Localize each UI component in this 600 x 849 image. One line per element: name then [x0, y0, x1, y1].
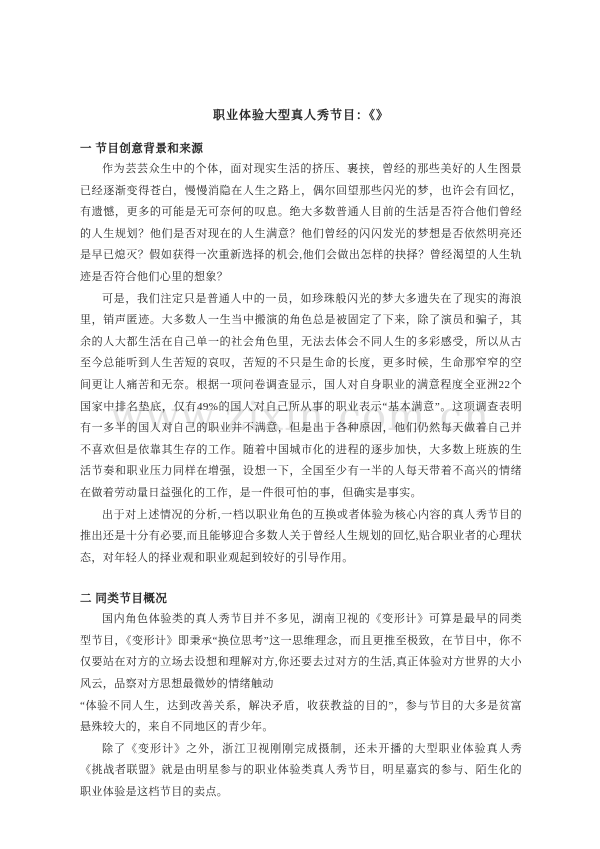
- document-page: www.zixin.com.cn 职业体验大型真人秀节目：《》 一 节目创意背景…: [0, 0, 600, 849]
- section-1-paragraph-3: 出于对上述情况的分析,一档以职业角色的互换或者体验为核心内容的真人秀节目的推出还…: [80, 505, 522, 570]
- document-title: 职业体验大型真人秀节目：《》: [80, 106, 522, 123]
- section-2-paragraph-2: “体验不同人生，达到改善关系，解决矛盾，收获教益的目的”，参与节目的大多是贫富悬…: [80, 696, 522, 739]
- section-2-heading: 二 同类节目概况: [80, 590, 522, 609]
- section-2-paragraph-3: 除了《变形计》之外，浙江卫视刚刚完成摄制，还未开播的大型职业体验真人秀《挑战者联…: [80, 739, 522, 804]
- section-1-heading: 一 节目创意背景和来源: [80, 140, 522, 159]
- document-content: 职业体验大型真人秀节目：《》 一 节目创意背景和来源 作为芸芸众生中的个体，面对…: [0, 0, 600, 804]
- section-2-paragraph-1: 国内角色体验类的真人秀节目并不多见，湖南卫视的《变形计》可算是最早的同类型节目，…: [80, 609, 522, 695]
- section-1-paragraph-1: 作为芸芸众生中的个体，面对现实生活的挤压、裹挟，曾经的那些美好的人生图景已经逐渐…: [80, 159, 522, 289]
- section-1-paragraph-2: 可是，我们注定只是普通人中的一员，如珍珠般闪光的梦大多遗失在了现实的海浪里，销声…: [80, 289, 522, 505]
